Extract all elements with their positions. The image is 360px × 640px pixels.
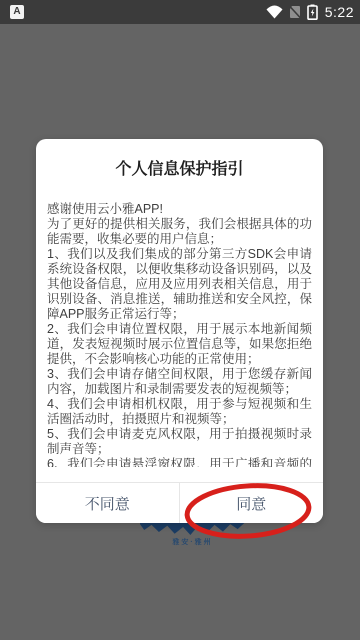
status-time: 5:22 (323, 4, 356, 20)
dialog-paragraph: 5、我们会申请麦克风权限，用于拍摄视频时录制声音等； (47, 427, 312, 457)
dialog-paragraph: 4、我们会申请相机权限，用于参与短视频和生活圈活动时，拍摄照片和视频等； (47, 397, 312, 427)
status-bar-right: 5:22 (266, 4, 360, 20)
dialog-paragraph: 为了更好的提供相关服务，我们会根据具体的功能需要，收集必要的用户信息； (47, 217, 312, 247)
wifi-icon (266, 5, 283, 19)
dialog-title: 个人信息保护指引 (36, 139, 323, 180)
dialog-paragraph: 1、我们以及我们集成的部分第三方SDK会申请系统设备权限，以便收集移动设备识别码… (47, 247, 312, 322)
dialog-paragraph: 6、我们会申请悬浮窗权限，用于广播和音频的小窗播放等 (47, 457, 312, 467)
dialog-paragraph: 感谢使用云小雅APP! (47, 202, 312, 217)
phone-screen: A 5:22 雅安· (0, 0, 360, 640)
battery-charging-icon (307, 4, 318, 20)
dialog-button-row: 不同意 同意 (36, 482, 323, 523)
no-sim-icon (288, 5, 302, 19)
disagree-button[interactable]: 不同意 (36, 483, 180, 523)
splash-logo-caption: 雅安·雅州 (140, 538, 245, 547)
agree-button[interactable]: 同意 (180, 483, 324, 523)
dialog-paragraph: 2、我们会申请位置权限，用于展示本地新闻频道，发表短视频时展示位置信息等，如果您… (47, 322, 312, 367)
dialog-body-text[interactable]: 感谢使用云小雅APP! 为了更好的提供相关服务，我们会根据具体的功能需要，收集必… (47, 202, 312, 467)
privacy-dialog: 个人信息保护指引 感谢使用云小雅APP! 为了更好的提供相关服务，我们会根据具体… (36, 139, 323, 523)
status-bar: A 5:22 (0, 0, 360, 24)
notification-app-icon: A (10, 5, 24, 19)
dialog-paragraph: 3、我们会申请存储空间权限，用于您缓存新闻内容，加载图片和录制需要发表的短视频等… (47, 367, 312, 397)
